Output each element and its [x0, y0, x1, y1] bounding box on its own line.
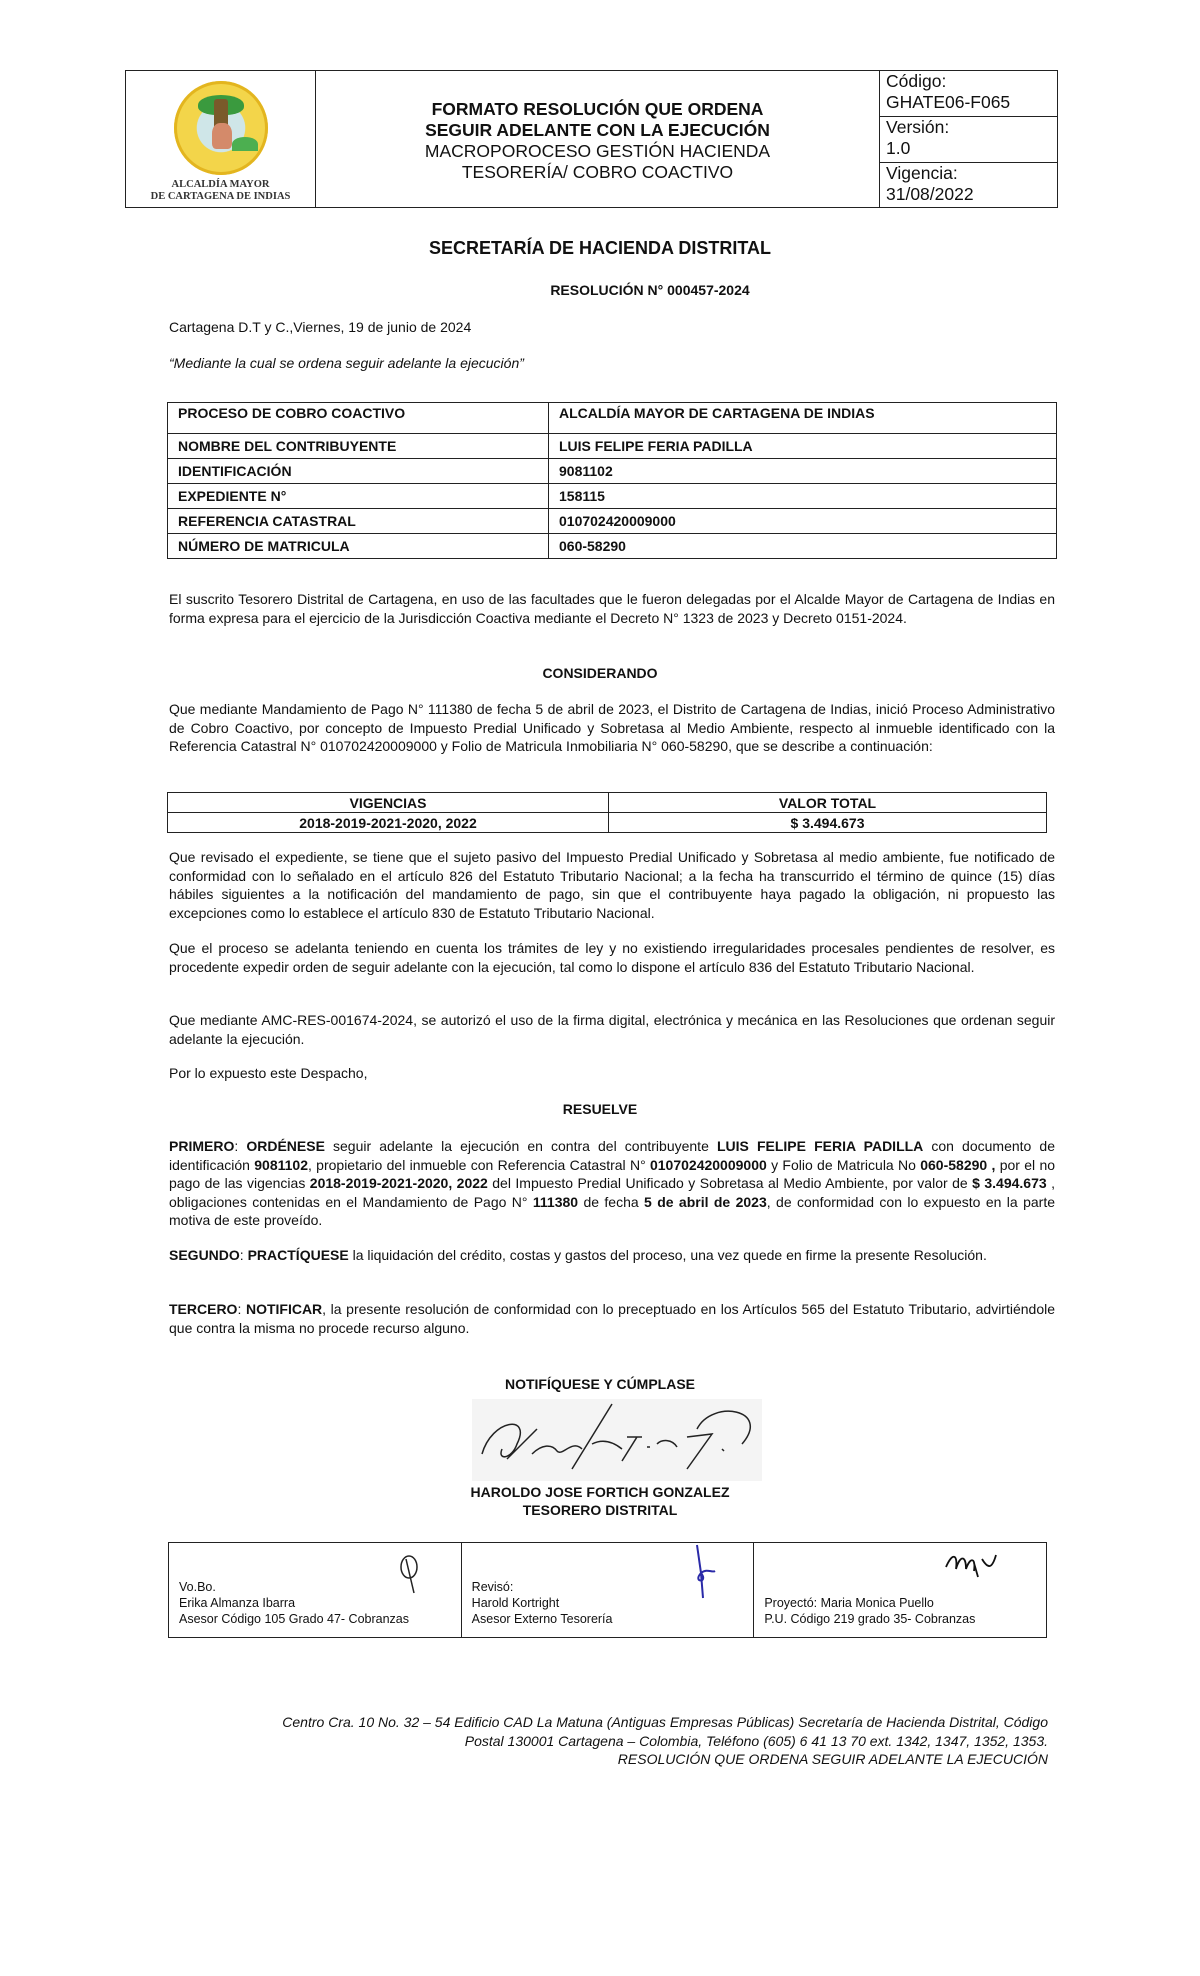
- bold-segment: PRIMERO: [169, 1138, 234, 1154]
- info-row: EXPEDIENTE N°158115: [168, 484, 1057, 509]
- text-segment: del Impuesto Predial Unificado y Sobreta…: [488, 1175, 972, 1191]
- mmp-signature-icon: [944, 1549, 1004, 1579]
- info-value: 010702420009000: [549, 509, 1057, 534]
- review-line: Asesor Código 105 Grado 47- Cobranzas: [179, 1611, 409, 1627]
- review-box: Vo.Bo.Erika Almanza IbarraAsesor Código …: [168, 1542, 1047, 1638]
- review-proyecto: Proyectó: Maria Monica PuelloP.U. Código…: [754, 1543, 1046, 1637]
- vigencias-value: 2018-2019-2021-2020, 2022: [168, 813, 609, 833]
- bold-segment: TERCERO: [169, 1301, 237, 1317]
- date-line: Cartagena D.T y C.,Viernes, 19 de junio …: [169, 318, 471, 337]
- format-meta: Código: GHATE06-F065 Versión: 1.0 Vigenc…: [880, 71, 1057, 207]
- cartagena-seal-icon: [174, 81, 268, 175]
- text-segment: :: [234, 1138, 246, 1154]
- review-vobo: Vo.Bo.Erika Almanza IbarraAsesor Código …: [169, 1543, 462, 1637]
- info-key: EXPEDIENTE N°: [168, 484, 549, 509]
- info-row: PROCESO DE COBRO COACTIVOALCALDÍA MAYOR …: [168, 403, 1057, 434]
- valor-total-value: $ 3.494.673: [609, 813, 1047, 833]
- bold-segment: 060-58290 ,: [920, 1157, 995, 1173]
- considerando-paragraph-1: Que mediante Mandamiento de Pago N° 1113…: [169, 700, 1055, 756]
- meta-code: Código: GHATE06-F065: [880, 71, 1057, 117]
- considerando-paragraph-3: Que el proceso se adelanta teniendo en c…: [169, 939, 1055, 976]
- bold-segment: ORDÉNESE: [246, 1138, 325, 1154]
- handwritten-signature: [472, 1399, 762, 1481]
- info-key: NÚMERO DE MATRICULA: [168, 534, 549, 559]
- bold-segment: 111380: [533, 1194, 578, 1210]
- case-info-table: PROCESO DE COBRO COACTIVOALCALDÍA MAYOR …: [167, 402, 1057, 559]
- vigencias-table: VIGENCIAS VALOR TOTAL 2018-2019-2021-202…: [167, 792, 1047, 833]
- info-row: REFERENCIA CATASTRAL010702420009000: [168, 509, 1057, 534]
- bold-segment: $ 3.494.673: [972, 1175, 1047, 1191]
- bold-segment: 2018-2019-2021-2020, 2022: [310, 1175, 488, 1191]
- text-segment: :: [240, 1247, 248, 1263]
- bold-segment: 9081102: [254, 1157, 308, 1173]
- vigencias-data-row: 2018-2019-2021-2020, 2022 $ 3.494.673: [168, 813, 1047, 833]
- text-segment: y Folio de Matricula No: [767, 1157, 920, 1173]
- text-segment: de fecha: [578, 1194, 644, 1210]
- bold-segment: 5 de abril de 2023: [644, 1194, 767, 1210]
- review-line: Harold Kortright: [472, 1595, 613, 1611]
- intro-paragraph: El suscrito Tesorero Distrital de Cartag…: [169, 590, 1055, 627]
- info-value: 060-58290: [549, 534, 1057, 559]
- review-line: Proyectó: Maria Monica Puello: [764, 1595, 975, 1611]
- bold-segment: 010702420009000: [650, 1157, 767, 1173]
- info-key: PROCESO DE COBRO COACTIVO: [168, 403, 549, 434]
- resuelve-tercero: TERCERO: NOTIFICAR, la presente resoluci…: [169, 1300, 1055, 1337]
- review-line: Revisó:: [472, 1579, 613, 1595]
- resolution-subtitle: “Mediante la cual se ordena seguir adela…: [169, 354, 524, 373]
- page-footer: Centro Cra. 10 No. 32 – 54 Edificio CAD …: [160, 1713, 1048, 1769]
- title-line4: TESORERÍA/ COBRO COACTIVO: [462, 162, 733, 183]
- title-line2: SEGUIR ADELANTE CON LA EJECUCIÓN: [425, 120, 770, 141]
- info-value: ALCALDÍA MAYOR DE CARTAGENA DE INDIAS: [549, 403, 1057, 434]
- title-line3: MACROPOROCESO GESTIÓN HACIENDA: [425, 141, 770, 162]
- bold-segment: SEGUNDO: [169, 1247, 240, 1263]
- considerando-heading: CONSIDERANDO: [0, 664, 1200, 683]
- text-segment: seguir adelante la ejecución en contra d…: [325, 1138, 717, 1154]
- info-key: NOMBRE DEL CONTRIBUYENTE: [168, 434, 549, 459]
- text-segment: la liquidación del crédito, costas y gas…: [349, 1247, 987, 1263]
- review-reviso: Revisó:Harold KortrightAsesor Externo Te…: [462, 1543, 755, 1637]
- info-key: IDENTIFICACIÓN: [168, 459, 549, 484]
- text-segment: , propietario del inmueble con Referenci…: [308, 1157, 650, 1173]
- closing-formula: NOTIFÍQUESE Y CÚMPLASE: [0, 1375, 1200, 1394]
- review-line: P.U. Código 219 grado 35- Cobranzas: [764, 1611, 975, 1627]
- resuelve-primero: PRIMERO: ORDÉNESE seguir adelante la eje…: [169, 1137, 1055, 1230]
- review-line: Erika Almanza Ibarra: [179, 1595, 409, 1611]
- document-header: ALCALDÍA MAYOR DE CARTAGENA DE INDIAS FO…: [125, 70, 1058, 208]
- meta-vigencia: Vigencia: 31/08/2022: [880, 163, 1057, 209]
- resolution-number: RESOLUCIÓN N° 000457-2024: [300, 282, 1000, 298]
- bold-segment: PRACTÍQUESE: [248, 1247, 349, 1263]
- blue-signature-icon: [687, 1543, 717, 1603]
- resuelve-segundo: SEGUNDO: PRACTÍQUESE la liquidación del …: [169, 1246, 1055, 1265]
- resuelve-heading: RESUELVE: [0, 1100, 1200, 1119]
- signature-scribble-icon: [472, 1399, 762, 1481]
- info-value: 9081102: [549, 459, 1057, 484]
- logo-caption-line1: ALCALDÍA MAYOR: [126, 179, 315, 190]
- format-title: FORMATO RESOLUCIÓN QUE ORDENA SEGUIR ADE…: [316, 71, 880, 207]
- title-line1: FORMATO RESOLUCIÓN QUE ORDENA: [432, 99, 764, 120]
- info-row: IDENTIFICACIÓN9081102: [168, 459, 1057, 484]
- info-value: LUIS FELIPE FERIA PADILLA: [549, 434, 1057, 459]
- text-segment: :: [237, 1301, 246, 1317]
- footer-address-line2: Postal 130001 Cartagena – Colombia, Telé…: [160, 1732, 1048, 1751]
- signer-role: TESORERO DISTRITAL: [0, 1501, 1200, 1520]
- considerando-paragraph-4: Que mediante AMC-RES-001674-2024, se aut…: [169, 1011, 1055, 1048]
- footer-document-name: RESOLUCIÓN QUE ORDENA SEGUIR ADELANTE LA…: [160, 1750, 1048, 1769]
- logo-caption-line2: DE CARTAGENA DE INDIAS: [126, 191, 315, 202]
- bold-segment: NOTIFICAR: [246, 1301, 322, 1317]
- col-header-valor-total: VALOR TOTAL: [609, 793, 1047, 813]
- office-heading: SECRETARÍA DE HACIENDA DISTRITAL: [0, 238, 1200, 259]
- considerando-paragraph-5: Por lo expuesto este Despacho,: [169, 1064, 1055, 1083]
- col-header-vigencias: VIGENCIAS: [168, 793, 609, 813]
- considerando-paragraph-2: Que revisado el expediente, se tiene que…: [169, 848, 1055, 922]
- logo-cell: ALCALDÍA MAYOR DE CARTAGENA DE INDIAS: [126, 71, 316, 207]
- review-line: Vo.Bo.: [179, 1579, 409, 1595]
- meta-version: Versión: 1.0: [880, 117, 1057, 163]
- review-line: Asesor Externo Tesorería: [472, 1611, 613, 1627]
- info-value: 158115: [549, 484, 1057, 509]
- bold-segment: LUIS FELIPE FERIA PADILLA: [717, 1138, 923, 1154]
- footer-address-line1: Centro Cra. 10 No. 32 – 54 Edificio CAD …: [160, 1713, 1048, 1732]
- vigencias-header-row: VIGENCIAS VALOR TOTAL: [168, 793, 1047, 813]
- info-key: REFERENCIA CATASTRAL: [168, 509, 549, 534]
- info-row: NOMBRE DEL CONTRIBUYENTELUIS FELIPE FERI…: [168, 434, 1057, 459]
- info-row: NÚMERO DE MATRICULA060-58290: [168, 534, 1057, 559]
- signer-name: HAROLDO JOSE FORTICH GONZALEZ: [0, 1483, 1200, 1502]
